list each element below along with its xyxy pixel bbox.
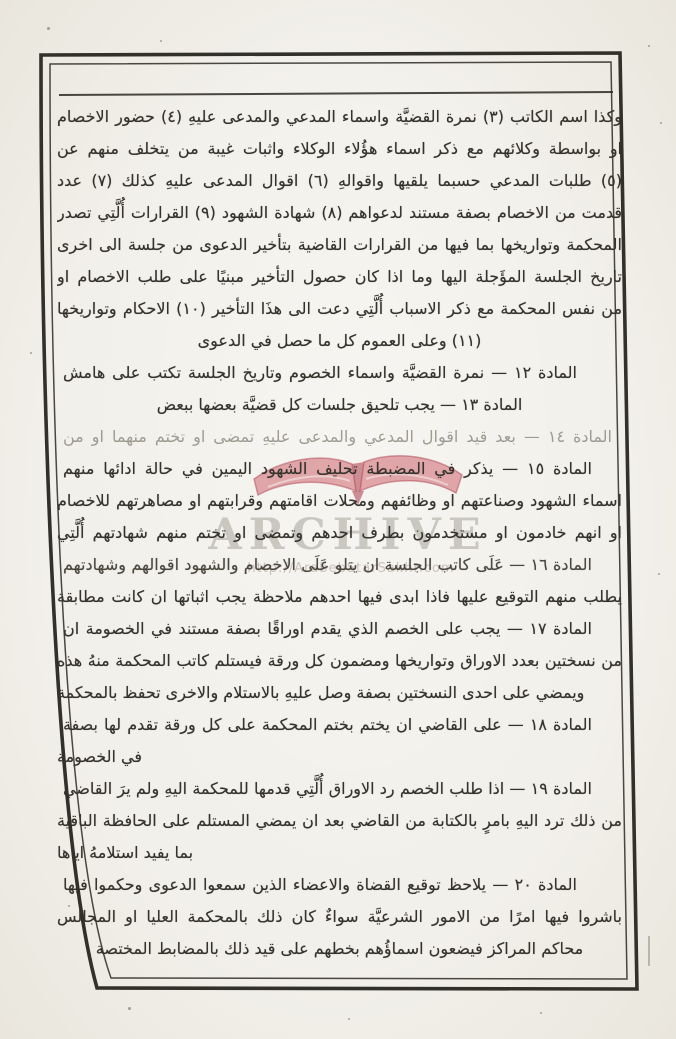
text-line: وكذا اسم الكاتب (٣) نمرة القضيَّة واسماء…: [57, 101, 622, 133]
speckle: [348, 1018, 350, 1020]
speckle: [128, 1007, 131, 1010]
text-line: (٥) طلبات المدعي حسبما يلقيها واقوالهِ (…: [57, 165, 622, 197]
text-line: قدمت من الاخصام بصفة مستند لدعواهم (٨) ش…: [57, 197, 622, 229]
text-line: المادة ١٤ — بعد قيد اقوال المدعي والمدعى…: [57, 421, 622, 453]
speckle: [540, 1012, 542, 1014]
text-line: محاكم المراكز فيضعون اسماؤُهم بخطهم على …: [57, 933, 622, 965]
text-line: بما يفيد استلامهُ اياها: [57, 837, 622, 869]
speckle: [47, 27, 50, 30]
text-line: او بواسطة وكلائهم مع ذكر اسماء هؤُلاء ال…: [57, 133, 622, 165]
header-rule: [59, 92, 613, 95]
text-line: تاريخ الجلسة المؤَجلة اليها وما اذا كان …: [57, 261, 622, 293]
text-line: المادة ١٩ — اذا طلب الخصم رد الاوراق أُل…: [57, 773, 622, 805]
speckle: [30, 352, 32, 354]
text-line: المادة ١٨ — على القاضي ان يختم بختم المح…: [57, 709, 622, 741]
text-line: من ذلك ترد اليهِ بامرٍ بالكتابة من القاض…: [57, 805, 622, 837]
speckle: [160, 40, 162, 42]
text-line: او انهم خادمون او مستخدمون بطرف احدهم وت…: [57, 517, 622, 549]
text-line: المادة ١٥ — يذكر في المضبطة تحليف الشهود…: [57, 453, 622, 485]
speckle: [648, 45, 650, 47]
text-line: المادة ١٧ — يجب على الخصم الذي يقدم اورا…: [57, 613, 622, 645]
text-line: من نفس المحكمة مع ذكر الاسباب أُلَّتِي د…: [57, 293, 622, 325]
text-line: باشروا فيها امرًا من الامور الشرعيَّة سو…: [57, 901, 622, 933]
text-line: (١١) وعلى العموم كل ما حصل في الدعوى: [57, 325, 622, 357]
text-line: المادة ٢٠ — يلاحظ توقيع القضاة والاعضاء …: [57, 869, 622, 901]
text-line: اسماء الشهود وصناعتهم او وظائفهم ومحلات …: [57, 485, 622, 517]
document-lines: وكذا اسم الكاتب (٣) نمرة القضيَّة واسماء…: [57, 101, 622, 981]
text-line: في الخصومة: [57, 741, 622, 773]
speckle: [660, 122, 662, 124]
text-line: ويمضي على احدى النسختين بصفة وصل عليهِ ب…: [57, 677, 622, 709]
scan-streak: [648, 936, 650, 966]
text-line: من نسختين بعدد الاوراق وتواريخها ومضمون …: [57, 645, 622, 677]
text-line: المادة ١٢ — نمرة القضيَّة واسماء الخصوم …: [57, 357, 622, 389]
speckle: [658, 573, 660, 575]
scanned-page: { "colors": { "paper": "#f0eee7", "ink":…: [0, 0, 676, 1039]
text-line: المحكمة وتواريخها بما فيها من القرارات ا…: [57, 229, 622, 261]
text-line: المادة ١٦ — عَلَى كاتب الجلسة ان يتلو عَ…: [57, 549, 622, 581]
text-line: يطلب منهم التوقيع عليها فاذا ابدى فيها ا…: [57, 581, 622, 613]
text-line: المادة ١٣ — يجب تلحيق جلسات كل قضيَّة بع…: [57, 389, 622, 421]
